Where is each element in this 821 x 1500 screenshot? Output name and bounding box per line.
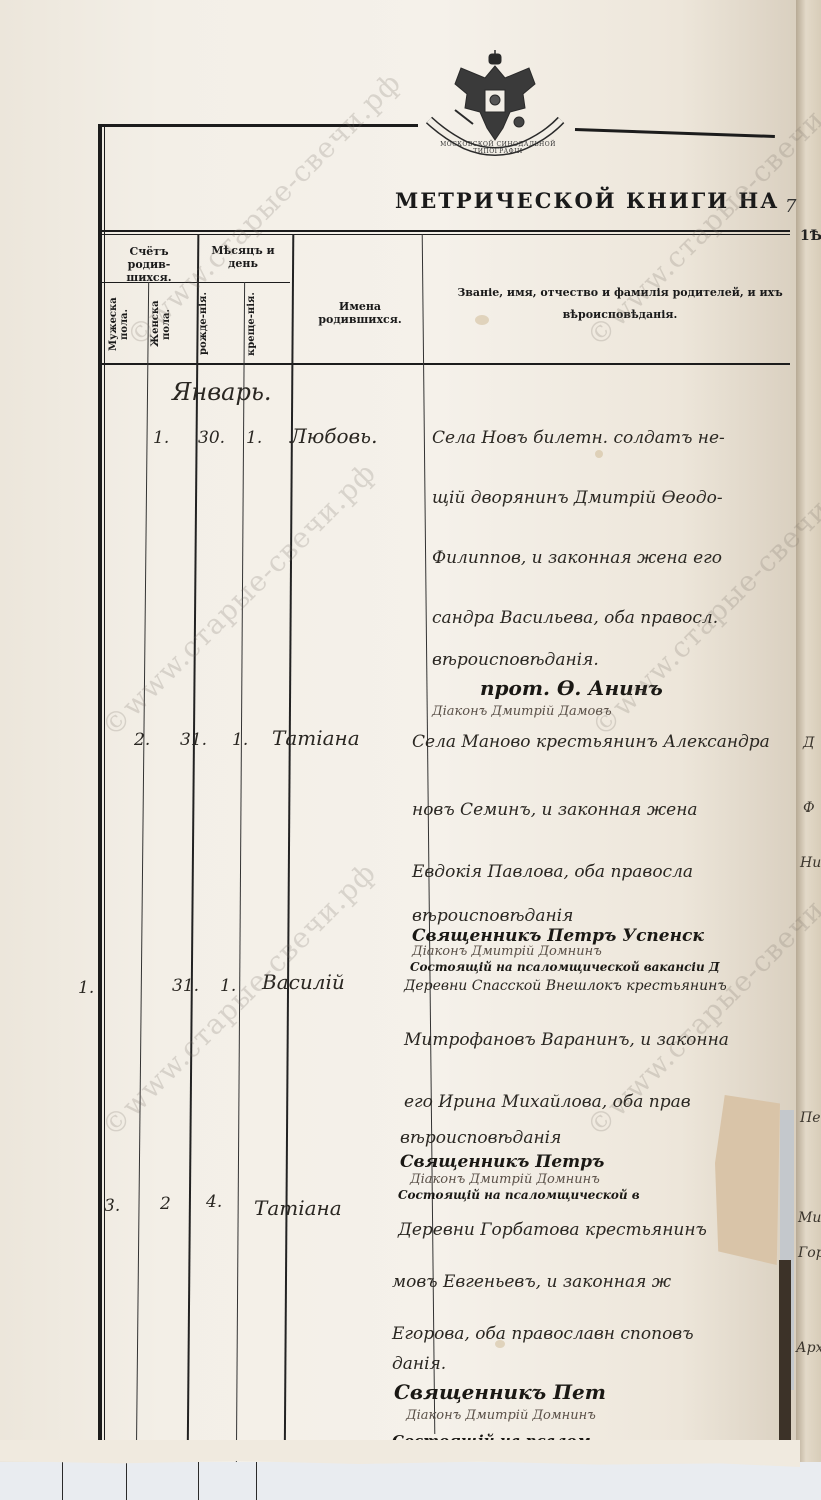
next-page-fragment: Мит — [798, 1210, 821, 1226]
entry-1-female-number: 1. — [153, 428, 169, 448]
entry-3-parents-line: вѣроисповѣданія — [400, 1128, 561, 1148]
crest-ribbon-text: МОСКОВСКОЙ СИНОДАЛЬНОЙ ТИПОГРАФІИ — [438, 141, 558, 155]
entry-2-parents-line: Села Маново крестьянинъ Александра — [412, 732, 770, 752]
next-page-fragment: Д — [803, 735, 814, 751]
next-page-fragment: Ф — [803, 800, 815, 816]
entry-2-parents-line: вѣроисповѣданія — [412, 906, 573, 926]
entry-4-parents-line: Егорова, оба православн споповъ — [392, 1324, 694, 1344]
entry-4-baptism-day: 4. — [206, 1192, 222, 1212]
entry-2-parents-line: Евдокія Павлова, оба правосла — [412, 862, 693, 882]
entry-4-parents-line: данія. — [392, 1354, 446, 1374]
entry-4-birth-day: 2 — [160, 1194, 171, 1214]
entry-1-parents-line: вѣроисповѣданія. — [432, 650, 599, 670]
underlying-sheet — [0, 1462, 821, 1500]
entry-1-parents-line: сандра Васильева, оба правосл. — [432, 608, 718, 628]
page-gap-shadow — [779, 1260, 791, 1460]
entry-2-signature: Священникъ Петръ Успенск — [412, 926, 704, 946]
entry-2-parents-line: новъ Семинъ, и законная жена — [412, 800, 698, 820]
entry-3-signature: Священникъ Петръ — [400, 1152, 604, 1172]
entry-1-parents-line: щій дворянинъ Дмитрій Ѳеодо- — [432, 488, 723, 508]
entry-1-baptism-day: 1. — [246, 428, 262, 448]
entry-4-deacon: Діаконъ Дмитрій Домнинъ — [410, 1172, 600, 1187]
entry-1-parents-line: Филиппов, и законная жена его — [432, 548, 722, 568]
entry-2-birth-day: 31. — [180, 730, 207, 750]
stain — [595, 450, 603, 458]
right-page-header-fragment: 1Ѣ, — [800, 228, 821, 244]
next-page-fragment: Арх — [796, 1340, 821, 1356]
entry-4-parents-line: мовъ Евгеньевъ, и законная ж — [392, 1272, 671, 1292]
entry-3-male-number: 1. — [78, 978, 94, 998]
title-handwritten-year: 7 — [785, 196, 796, 217]
next-page-fragment: Гор — [798, 1245, 821, 1261]
entry-3-pre-line: Состоящій на псаломщической вакансіи Д — [410, 960, 720, 974]
next-page-fragment: Пе — [800, 1110, 821, 1126]
frame-left-rule — [98, 124, 102, 1464]
month-label: Январь. — [172, 378, 272, 406]
entry-3-deacon: Діаконъ Дмитрій Домнинъ — [412, 944, 602, 959]
entry-2-baptism-day: 1. — [232, 730, 248, 750]
next-page-fragment: Нико — [800, 855, 821, 871]
col-baptism-header: креще-нія. — [246, 290, 276, 358]
entry-4-pre-line: Состоящій на псаломщической в — [398, 1188, 640, 1202]
entry-4-signature: Священникъ Пет — [394, 1380, 606, 1404]
entry-1-parents-line: Села Новъ билетн. солдатъ не- — [432, 428, 725, 448]
entry-2-female-number: 2. — [134, 730, 150, 750]
entry-1-name: Любовь. — [290, 424, 377, 448]
entry-4-parents-line: Деревни Горбатова крестьянинъ — [398, 1220, 707, 1240]
entry-4-name: Татіана — [254, 1196, 342, 1220]
entry-1-deacon: Діаконъ Дмитрій Дамовъ — [432, 704, 612, 719]
entry-2-name: Татіана — [272, 726, 360, 750]
entry-1-birth-day: 30. — [198, 428, 225, 448]
entry-4-deacon-2: Діаконъ Дмитрій Домнинъ — [406, 1408, 596, 1423]
torn-paper-patch — [715, 1095, 780, 1265]
header-bottom-rule — [100, 363, 790, 365]
col-names-header: Имена родившихся. — [296, 300, 424, 326]
entry-3-birth-day: 31. — [172, 976, 199, 996]
entry-3-parents-line: Деревни Спасской Внешлокъ крестьянинъ — [404, 978, 727, 994]
entry-4-male-number: 3. — [104, 1196, 120, 1216]
col-birth-header: рожде-нія. — [198, 290, 228, 358]
frame-left-rule-thin — [104, 124, 105, 1464]
